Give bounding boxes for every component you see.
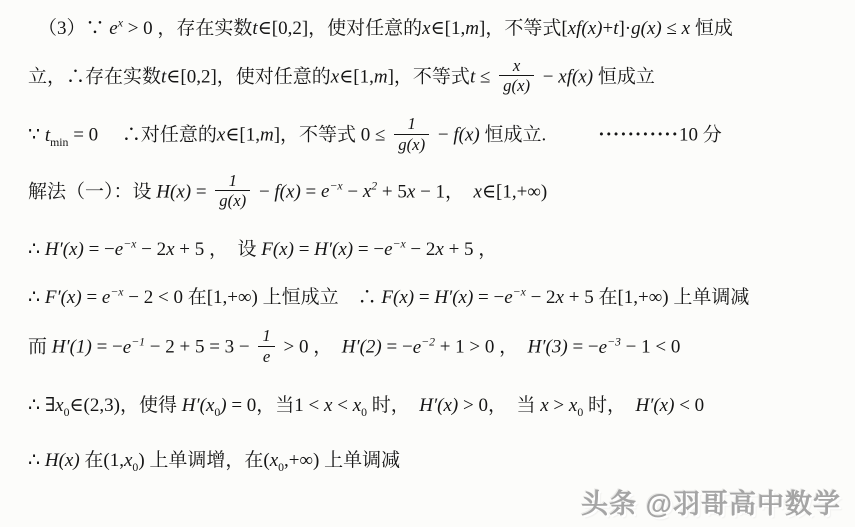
math-token-sup: e−x — [115, 239, 137, 260]
math-token-i: H′(2) — [342, 337, 382, 358]
math-token-i: H′(x) — [434, 287, 473, 308]
math-token-i: H(x) — [45, 450, 80, 471]
math-token-i: g(x) — [631, 18, 662, 39]
math-token-t: ∴ — [28, 450, 45, 471]
math-token-t: ∈(2,3)，使得 — [69, 395, 181, 416]
math-token-t: = − — [92, 337, 123, 358]
math-token-i: xf(x) — [558, 66, 593, 87]
math-token-t: − — [254, 181, 274, 202]
math-token-t: ∈[1, — [225, 125, 260, 146]
math-token-t: − 2 — [406, 239, 436, 260]
math-token-i: x — [166, 239, 174, 260]
math-token-t: ∈[0,2]，使对任意的 — [166, 66, 330, 87]
math-token-t: = 0 ∴对任意的 — [68, 125, 216, 146]
math-token-t: ∵ — [28, 125, 45, 146]
math-line: （3）∵ ex > 0 ，存在实数t∈[0,2]，使对任意的x∈[1,m]，不等… — [28, 16, 837, 42]
math-line: ∴ ∃x0∈(2,3)，使得 H′(x0) = 0，当1 < x < x0 时，… — [28, 393, 837, 419]
math-token-t: ≤ — [475, 66, 495, 87]
math-token-sup: e−x — [384, 239, 406, 260]
math-token-t: ]，不等式[ — [479, 18, 568, 39]
math-line: 解法（一）：设 H(x) = 1g(x) − f(x) = e−x − x2 +… — [28, 173, 837, 213]
math-token-i: m — [374, 66, 388, 87]
math-token-t: ∈[1,+∞) — [482, 181, 547, 202]
math-token-i: F′(x) — [45, 287, 82, 308]
math-token-i: H′(1) — [52, 337, 92, 358]
math-token-t: 时， — [583, 395, 635, 416]
math-token-i: H′(x) — [419, 395, 458, 416]
math-token-i: H′(x) — [635, 395, 674, 416]
math-token-i: xf(x) — [568, 18, 603, 39]
math-token-t: ]，不等式 0 ≤ — [274, 125, 391, 146]
math-token-t: 恒成立 — [593, 66, 655, 87]
math-token-t: = − — [382, 337, 413, 358]
math-token-sup: e−x — [102, 287, 124, 308]
math-token-t: 恒成立. — [480, 125, 547, 146]
math-token-sup: e−3 — [599, 337, 621, 358]
math-token-t: ]· — [618, 18, 631, 39]
math-token-t: > 0 ， — [279, 337, 342, 358]
math-token-i: H′(x) — [314, 239, 353, 260]
math-token-t: + 5 ， — [444, 239, 497, 260]
math-token-sub: x0 — [270, 450, 284, 471]
math-token-t: 10 分 — [679, 125, 722, 146]
math-token-t: − 1， — [415, 181, 473, 202]
math-token-t: = — [191, 181, 211, 202]
math-token-sup: e−x — [321, 181, 343, 202]
math-token-i: H′(x) — [45, 239, 84, 260]
math-token-t: = − — [568, 337, 599, 358]
math-token-t: < 0 — [674, 395, 704, 416]
math-token-t: − 2 — [136, 239, 166, 260]
math-token-t: − 2 + 5 = 3 − — [145, 337, 254, 358]
math-token-i: H′(3) — [528, 337, 568, 358]
math-token-i: f(x) — [453, 125, 479, 146]
math-token-i: H′( — [182, 395, 206, 416]
math-token-t: = − — [353, 239, 384, 260]
solution-page: （3）∵ ex > 0 ，存在实数t∈[0,2]，使对任意的x∈[1,m]，不等… — [0, 0, 855, 527]
math-token-t: ∴ — [28, 287, 45, 308]
math-token-dots: ··········· — [598, 125, 679, 146]
math-token-t: = 0，当1 < — [227, 395, 324, 416]
math-token-i: x — [474, 181, 482, 202]
math-token-t: ) 上单调增，在( — [138, 450, 269, 471]
math-token-t: （3）∵ — [38, 18, 109, 39]
math-token-t: − 2 < 0 在[1,+∞) 上恒成立 ∴ — [124, 287, 382, 308]
math-token-t: 立，∴存在实数 — [28, 66, 161, 87]
math-token-t: ≤ — [662, 18, 682, 39]
math-token-t: > 0， 当 — [458, 395, 540, 416]
math-token-frac: 1g(x) — [394, 114, 429, 154]
math-token-i: x — [682, 18, 690, 39]
math-token-t: < — [332, 395, 352, 416]
math-token-sup: x2 — [363, 181, 377, 202]
math-token-t: = — [82, 287, 102, 308]
math-token-t: ∴ ∃ — [28, 395, 55, 416]
math-token-t: ∈[1, — [431, 18, 466, 39]
math-line: ∴ H(x) 在(1,x0) 上单调增，在(x0,+∞) 上单调减 — [28, 448, 837, 474]
math-token-i: x — [435, 239, 443, 260]
math-token-i: x — [331, 66, 339, 87]
math-token-t: + — [602, 18, 613, 39]
math-token-t: = — [301, 181, 321, 202]
math-token-i: H(x) — [156, 181, 191, 202]
math-token-i: f(x) — [274, 181, 300, 202]
math-token-i: x — [540, 395, 548, 416]
math-token-t: = — [414, 287, 434, 308]
math-line: ∴ F′(x) = e−x − 2 < 0 在[1,+∞) 上恒成立 ∴ F(x… — [28, 285, 837, 311]
math-token-frac: xg(x) — [499, 56, 534, 96]
math-token-t: ]，不等式 — [388, 66, 470, 87]
math-line: ∵ tmin = 0 ∴对任意的x∈[1,m]，不等式 0 ≤ 1g(x) − … — [28, 116, 837, 156]
math-token-t: 时， — [367, 395, 419, 416]
math-token-t: > — [549, 395, 569, 416]
math-token-sup: e−2 — [413, 337, 435, 358]
math-token-frac: 1g(x) — [215, 171, 250, 211]
math-token-t: ∴ — [28, 239, 45, 260]
math-token-t: ∈[1, — [339, 66, 374, 87]
math-token-t: > 0 ，存在实数 — [123, 18, 252, 39]
math-token-sub: x0 — [569, 395, 583, 416]
math-token-sub: x0 — [353, 395, 367, 416]
math-token-t: = − — [473, 287, 504, 308]
math-lines: （3）∵ ex > 0 ，存在实数t∈[0,2]，使对任意的x∈[1,m]，不等… — [28, 16, 837, 474]
math-line: ∴ H′(x) = −e−x − 2x + 5 ， 设 F(x) = H′(x)… — [28, 237, 837, 263]
math-token-t: 解法（一）：设 — [28, 181, 156, 202]
math-token-i: m — [465, 18, 479, 39]
math-token-t: − — [343, 181, 363, 202]
math-line: 而 H′(1) = −e−1 − 2 + 5 = 3 − 1e > 0 ， H′… — [28, 328, 837, 368]
math-token-i: F(x) — [261, 239, 294, 260]
math-token-t: − — [538, 66, 558, 87]
math-token-t: + 1 > 0 ， — [435, 337, 528, 358]
math-token-t: ,+∞) 上单调减 — [284, 450, 400, 471]
math-token-frac: 1e — [258, 326, 274, 366]
math-token-sub: x0 — [55, 395, 69, 416]
watermark: 头条 @羽哥高中数学 — [581, 482, 841, 521]
math-token-sup: ex — [109, 18, 123, 39]
math-token-i: x — [556, 287, 564, 308]
math-token-t: 在(1, — [80, 450, 124, 471]
math-token-t: ∈[0,2]，使对任意的 — [258, 18, 422, 39]
math-token-t: + 5 ， 设 — [175, 239, 262, 260]
math-token-sup: e−x — [504, 287, 526, 308]
math-token-t: = − — [84, 239, 115, 260]
math-token-t: + 5 — [377, 181, 407, 202]
math-token-t: + 5 在[1,+∞) 上单调减 — [564, 287, 749, 308]
math-token-i: x — [422, 18, 430, 39]
math-token-sub: tmin — [45, 125, 69, 146]
math-token-t: 恒成 — [690, 18, 733, 39]
math-token-sub: x0 — [206, 395, 220, 416]
math-token-t: − — [433, 125, 453, 146]
math-line: 立，∴存在实数t∈[0,2]，使对任意的x∈[1,m]，不等式t ≤ xg(x)… — [28, 58, 837, 98]
math-token-t: = — [294, 239, 314, 260]
math-token-t: − 1 < 0 — [621, 337, 680, 358]
math-token-sub: x0 — [124, 450, 138, 471]
math-token-i: m — [260, 125, 274, 146]
math-token-t: 而 — [28, 337, 52, 358]
math-token-t: − 2 — [526, 287, 556, 308]
math-token-i: F(x) — [381, 287, 414, 308]
math-token-sup: e−1 — [123, 337, 145, 358]
